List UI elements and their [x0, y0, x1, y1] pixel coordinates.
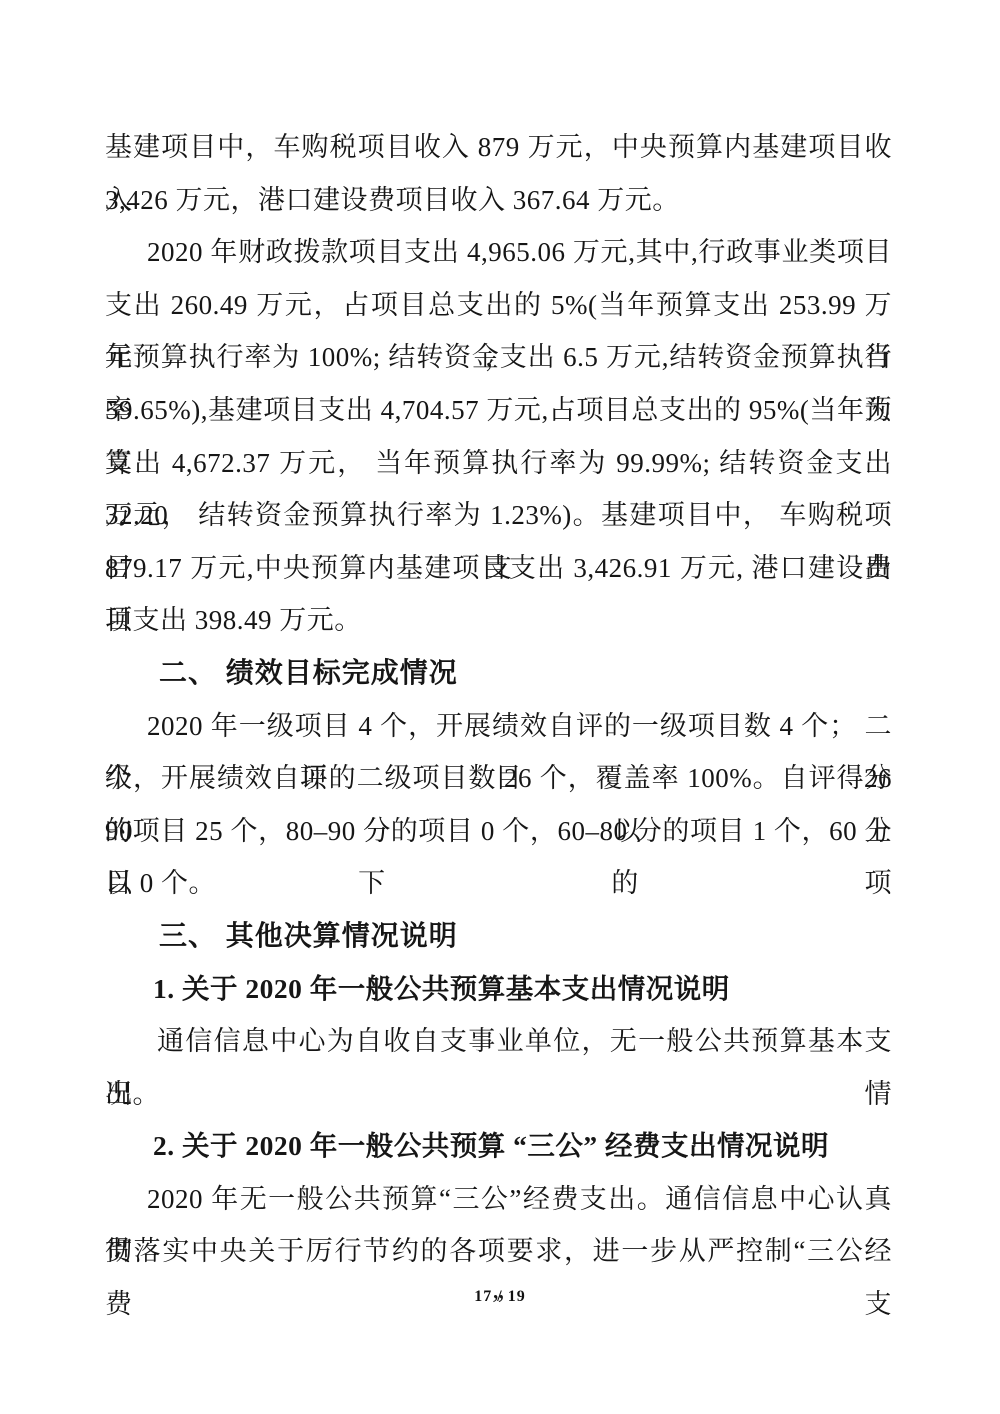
section-heading-other-notes: 三、 其他决算情况说明: [105, 910, 892, 963]
paragraph-line: 基建项目中，车购税项目收入 879 万元，中央预算内基建项目收入: [105, 121, 892, 174]
document-page: 基建项目中，车购税项目收入 879 万元，中央预算内基建项目收入 3,426 万…: [0, 0, 1000, 1414]
paragraph-line: 彻落实中央关于厉行节约的各项要求，进一步从严控制“三公经费”支: [105, 1225, 892, 1278]
paragraph-line: 年预算执行率为 100%; 结转资金支出 6.5 万元,结转资金预算执行率为: [105, 331, 892, 384]
page-number: 17 / 19: [0, 1288, 1000, 1306]
paragraph-line: 支出 260.49 万元，占项目总支出的 5%(当年预算支出 253.99 万元…: [105, 279, 892, 332]
subheading-basic-expenditure: 1. 关于 2020 年一般公共预算基本支出情况说明: [105, 963, 892, 1016]
paragraph-line: 2020 年一级项目 4 个，开展绩效自评的一级项目数 4 个； 二级项目 26: [105, 700, 892, 753]
subheading-three-public-funds: 2. 关于 2020 年一般公共预算 “三公” 经费支出情况说明: [105, 1120, 892, 1173]
text-block: 基建项目中，车购税项目收入 879 万元，中央预算内基建项目收入 3,426 万…: [105, 121, 892, 1278]
paragraph-line: 个，开展绩效自评的二级项目数 26 个，覆盖率 100%。自评得分 90 分以上: [105, 752, 892, 805]
paragraph-line: 879.17 万元,中央预算内基建项目支出 3,426.91 万元, 港口建设费…: [105, 542, 892, 595]
paragraph-line: 通信信息中心为自收自支事业单位，无一般公共预算基本支出情: [105, 1015, 892, 1068]
paragraph-line: 2020 年财政拨款项目支出 4,965.06 万元,其中,行政事业类项目: [105, 226, 892, 279]
paragraph-line: 的项目 25 个，80–90 分的项目 0 个，60–80 分的项目 1 个，6…: [105, 805, 892, 858]
section-heading-performance-targets: 二、 绩效目标完成情况: [105, 647, 892, 700]
paragraph-line: 3,426 万元，港口建设费项目收入 367.64 万元。: [105, 174, 892, 227]
paragraph-line: 目支出 398.49 万元。: [105, 594, 892, 647]
paragraph-line: 支出 4,672.37 万元， 当年预算执行率为 99.99%; 结转资金支出 …: [105, 437, 892, 490]
paragraph-line: 2020 年无一般公共预算“三公”经费支出。通信信息中心认真贯: [105, 1173, 892, 1226]
paragraph-line: 59.65%),基建项目支出 4,704.57 万元,占项目总支出的 95%(当…: [105, 384, 892, 437]
paragraph-line: 万元， 结转资金预算执行率为 1.23%)。基建项目中， 车购税项目支出: [105, 489, 892, 542]
